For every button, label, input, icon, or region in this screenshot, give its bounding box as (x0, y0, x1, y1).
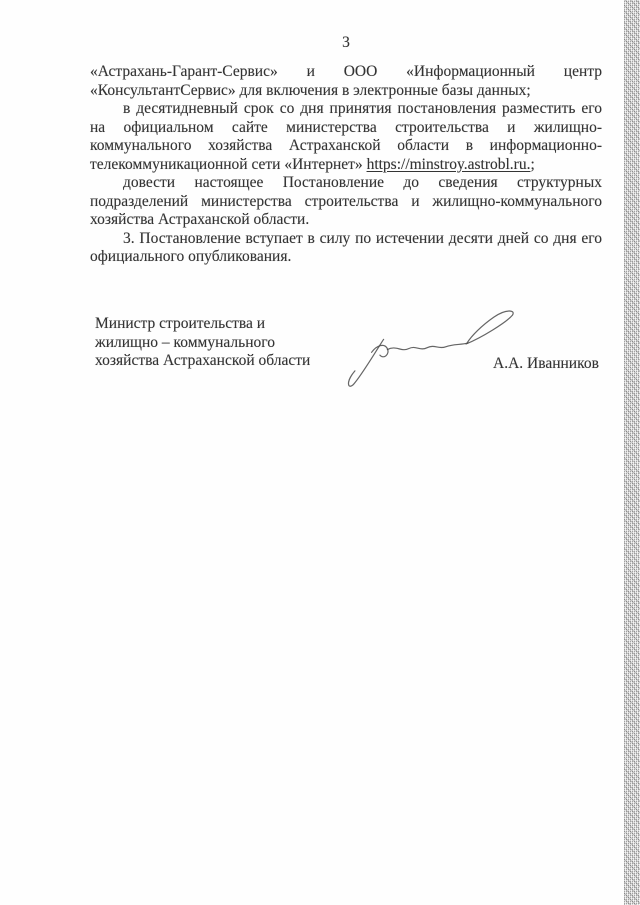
signer-title-line-1: Министр строительства и (95, 315, 310, 334)
signer-title: Министр строительства и жилищно – коммун… (95, 315, 310, 371)
url-line-prefix: телекоммуникационной сети «Интернет» (90, 156, 367, 173)
url-line-suffix: ; (530, 156, 534, 173)
page-number: 3 (90, 34, 602, 52)
minstroy-url-link[interactable]: https://minstroy.astrobl.ru. (367, 156, 531, 173)
signer-name: А.А. Иванников (493, 355, 599, 373)
signer-title-line-2: жилищно – коммунального (95, 334, 310, 353)
text-line-8: подразделений министерства строительства… (90, 193, 602, 212)
text-line-4: на официальном сайте министерства строит… (90, 119, 602, 138)
text-line-6: телекоммуникационной сети «Интернет» htt… (90, 156, 602, 175)
signer-title-line-3: хозяйства Астраханской области (95, 352, 310, 371)
text-line-2: «КонсультантСервис» для включения в элек… (90, 82, 602, 101)
text-line-7: довести настоящее Постановление до сведе… (90, 174, 602, 193)
text-line-1: «Астрахань-Гарант-Сервис» и ООО «Информа… (90, 63, 602, 82)
scanned-document-page: 3 «Астрахань-Гарант-Сервис» и ООО «Инфор… (0, 0, 640, 905)
text-line-11: официального опубликования. (90, 248, 602, 267)
signature-scribble (338, 306, 533, 394)
text-line-10: 3. Постановление вступает в силу по исте… (90, 230, 602, 249)
text-line-5: коммунального хозяйства Астраханской обл… (90, 137, 602, 156)
text-line-9: хозяйства Астраханской области. (90, 211, 602, 230)
document-body: «Астрахань-Гарант-Сервис» и ООО «Информа… (90, 63, 602, 267)
scan-edge-artifact (624, 0, 640, 905)
text-line-3: в десятидневный срок со дня принятия пос… (90, 100, 602, 119)
